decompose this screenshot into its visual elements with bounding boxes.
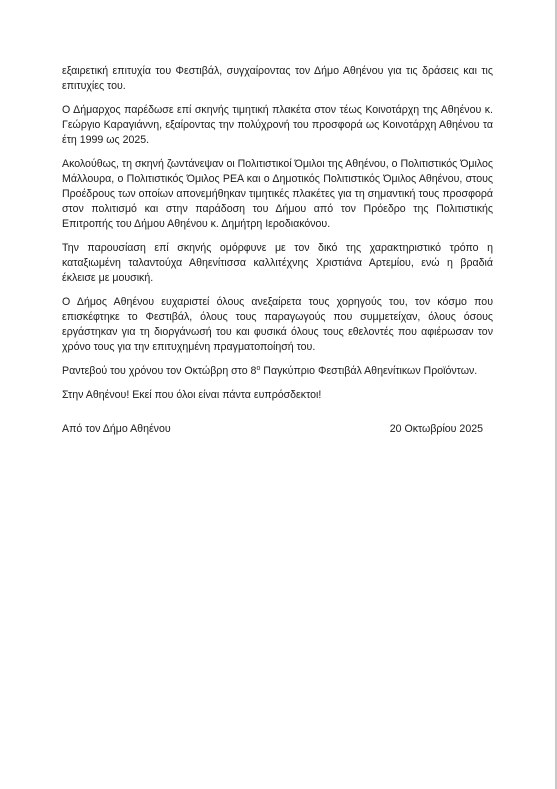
signature-row: Από τον Δήμο Αθηένου 20 Οκτωβρίου 2025 — [62, 422, 483, 437]
paragraph-thanks: Ο Δήμος Αθηένου ευχαριστεί όλους ανεξαίρ… — [62, 295, 493, 355]
paragraph-festival-success: εξαιρετική επιτυχία του Φεστιβάλ, συγχαί… — [62, 64, 493, 94]
paragraph-closing: Στην Αθηένου! Εκεί που όλοι είναι πάντα … — [62, 388, 493, 403]
rendezvous-text-before: Ραντεβού του χρόνου τον Οκτώβρη στο 8 — [62, 365, 256, 377]
paragraph-cultural-groups: Ακολούθως, τη σκηνή ζωντάνεψαν οι Πολιτι… — [62, 157, 493, 232]
document-body: εξαιρετική επιτυχία του Φεστιβάλ, συγχαί… — [62, 64, 493, 412]
paragraph-honorary-plaque: Ο Δήμαρχος παρέδωσε επί σκηνής τιμητική … — [62, 103, 493, 148]
signature-date: 20 Οκτωβρίου 2025 — [390, 422, 483, 437]
paragraph-presentation: Την παρουσίαση επί σκηνής ομόρφυνε με το… — [62, 241, 493, 286]
signature-sender: Από τον Δήμο Αθηένου — [62, 422, 171, 437]
rendezvous-text-after: Παγκύπριο Φεστιβάλ Αθηενίτικων Προϊόντων… — [260, 365, 477, 377]
document-page: εξαιρετική επιτυχία του Φεστιβάλ, συγχαί… — [0, 0, 557, 789]
paragraph-rendezvous: Ραντεβού του χρόνου τον Οκτώβρη στο 8ο Π… — [62, 364, 493, 379]
